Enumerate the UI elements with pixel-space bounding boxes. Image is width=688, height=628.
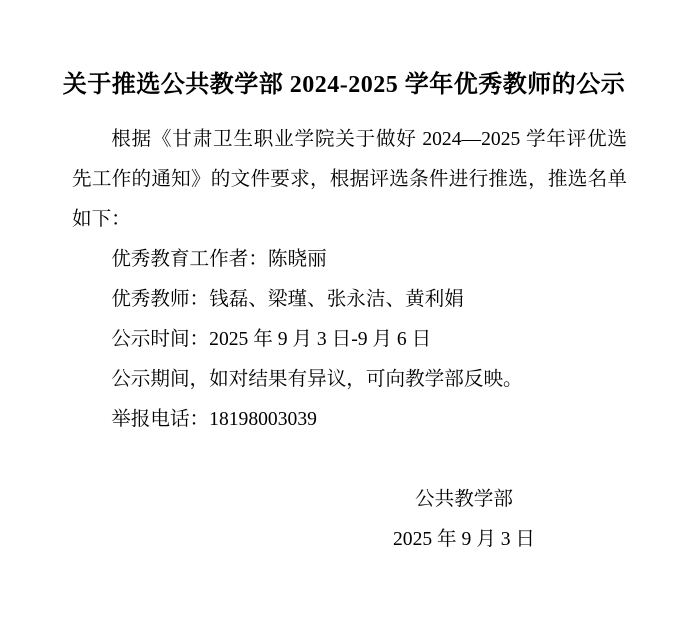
- notice-body: 根据《甘肃卫生职业学院关于做好 2024—2025 学年评优选 先工作的通知》的…: [72, 120, 627, 440]
- intro-line-3: 如下：: [72, 200, 627, 240]
- list-item-objection-note: 公示期间，如对结果有异议，可向教学部反映。: [72, 360, 627, 400]
- list-item-publicity-period: 公示时间：2025 年 9 月 3 日-9 月 6 日: [72, 320, 627, 360]
- list-item-excellent-education-worker: 优秀教育工作者：陈晓丽: [72, 240, 627, 280]
- intro-line-1: 根据《甘肃卫生职业学院关于做好 2024—2025 学年评优选: [72, 120, 627, 160]
- signature-date: 2025 年 9 月 3 日: [240, 520, 688, 560]
- intro-line-2: 先工作的通知》的文件要求，根据评选条件进行推选，推选名单: [72, 160, 627, 200]
- list-item-excellent-teachers: 优秀教师：钱磊、梁瑾、张永洁、黄利娟: [72, 280, 627, 320]
- notice-document-page: 关于推选公共教学部 2024-2025 学年优秀教师的公示 根据《甘肃卫生职业学…: [0, 0, 688, 628]
- notice-title: 关于推选公共教学部 2024-2025 学年优秀教师的公示: [0, 68, 688, 102]
- list-item-report-phone: 举报电话：18198003039: [72, 400, 627, 440]
- signature-block: 公共教学部 2025 年 9 月 3 日: [240, 480, 688, 560]
- signature-department: 公共教学部: [240, 480, 688, 520]
